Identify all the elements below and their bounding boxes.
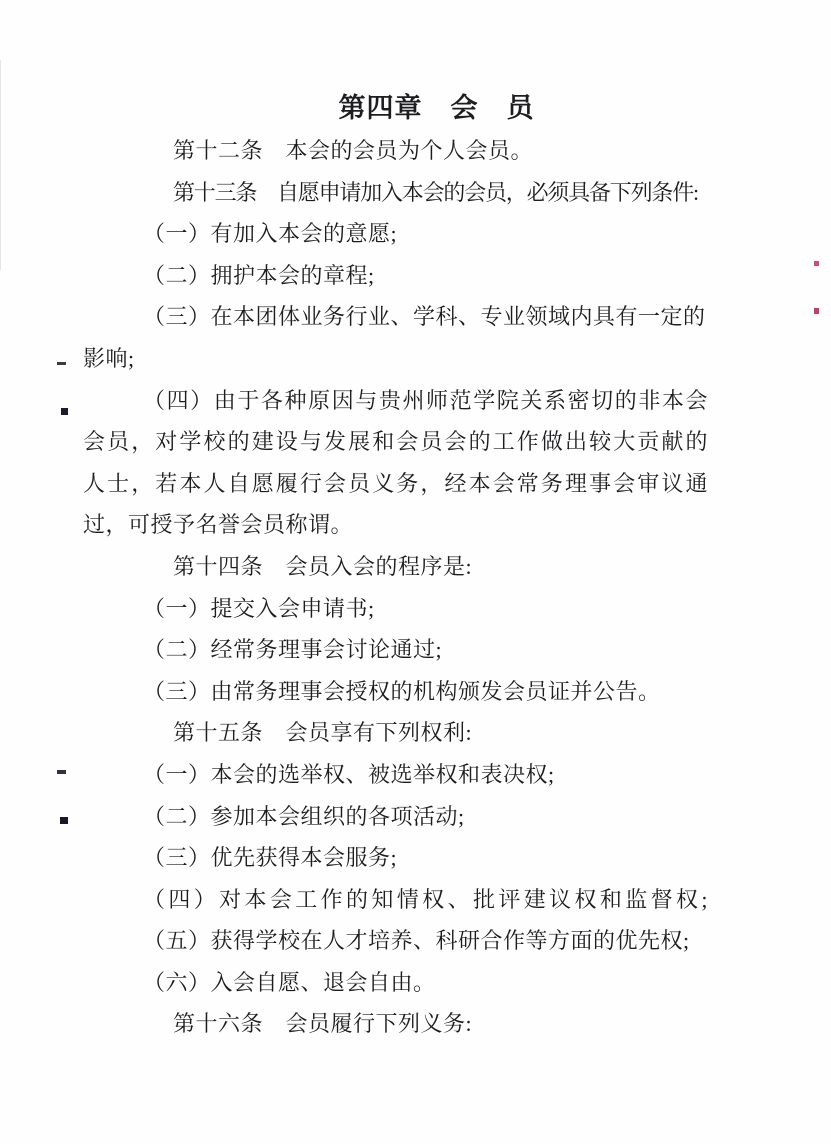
text-line: 人士，若本人自愿履行会员义务，经本会常务理事会审议通	[83, 463, 708, 505]
text-line: （二）参加本会组织的各项活动;	[83, 796, 708, 838]
text-line: 第十三条 自愿申请加入本会的会员，必须具备下列条件:	[83, 172, 708, 214]
text-line: 影响;	[83, 338, 708, 380]
red-pen-mark	[814, 308, 819, 314]
scan-edge-shadow	[0, 60, 1, 270]
text-line: 第十二条 本会的会员为个人会员。	[83, 130, 708, 172]
text-line: （一）本会的选举权、被选举权和表决权;	[83, 754, 708, 796]
text-line: （五）获得学校在人才培养、科研合作等方面的优先权;	[83, 920, 708, 962]
text-line: （一）有加入本会的意愿;	[83, 213, 708, 255]
text-line: （三）优先获得本会服务;	[83, 837, 708, 879]
text-line: 第十四条 会员入会的程序是:	[83, 546, 708, 588]
scan-speck	[57, 362, 66, 365]
text-line: （四）由于各种原因与贵州师范学院关系密切的非本会	[83, 380, 708, 422]
text-line: 第十六条 会员履行下列义务:	[83, 1003, 708, 1045]
text-line: （一）提交入会申请书;	[83, 588, 708, 630]
document-page: 第四章 会 员 第十二条 本会的会员为个人会员。第十三条 自愿申请加入本会的会员…	[0, 0, 831, 1144]
red-pen-mark	[814, 261, 819, 266]
document-content: 第四章 会 员 第十二条 本会的会员为个人会员。第十三条 自愿申请加入本会的会员…	[83, 87, 708, 1045]
scan-speck	[57, 770, 66, 774]
text-line: 第十五条 会员享有下列权利:	[83, 712, 708, 754]
text-line: （四）对本会工作的知情权、批评建议权和监督权;	[83, 879, 708, 921]
text-line: 过，可授予名誉会员称谓。	[83, 504, 708, 546]
text-line: 会员，对学校的建设与发展和会员会的工作做出较大贡献的	[83, 421, 708, 463]
text-line: （二）拥护本会的章程;	[83, 255, 708, 297]
text-line: （三）在本团体业务行业、学科、专业领域内具有一定的	[83, 296, 708, 338]
text-line: （二）经常务理事会讨论通过;	[83, 629, 708, 671]
chapter-heading: 第四章 会 员	[124, 87, 749, 129]
text-line: （三）由常务理事会授权的机构颁发会员证并公告。	[83, 671, 708, 713]
document-body: 第十二条 本会的会员为个人会员。第十三条 自愿申请加入本会的会员，必须具备下列条…	[83, 130, 708, 1045]
text-line: （六）入会自愿、退会自由。	[83, 962, 708, 1004]
scan-speck	[61, 408, 68, 415]
scan-speck	[60, 817, 68, 824]
